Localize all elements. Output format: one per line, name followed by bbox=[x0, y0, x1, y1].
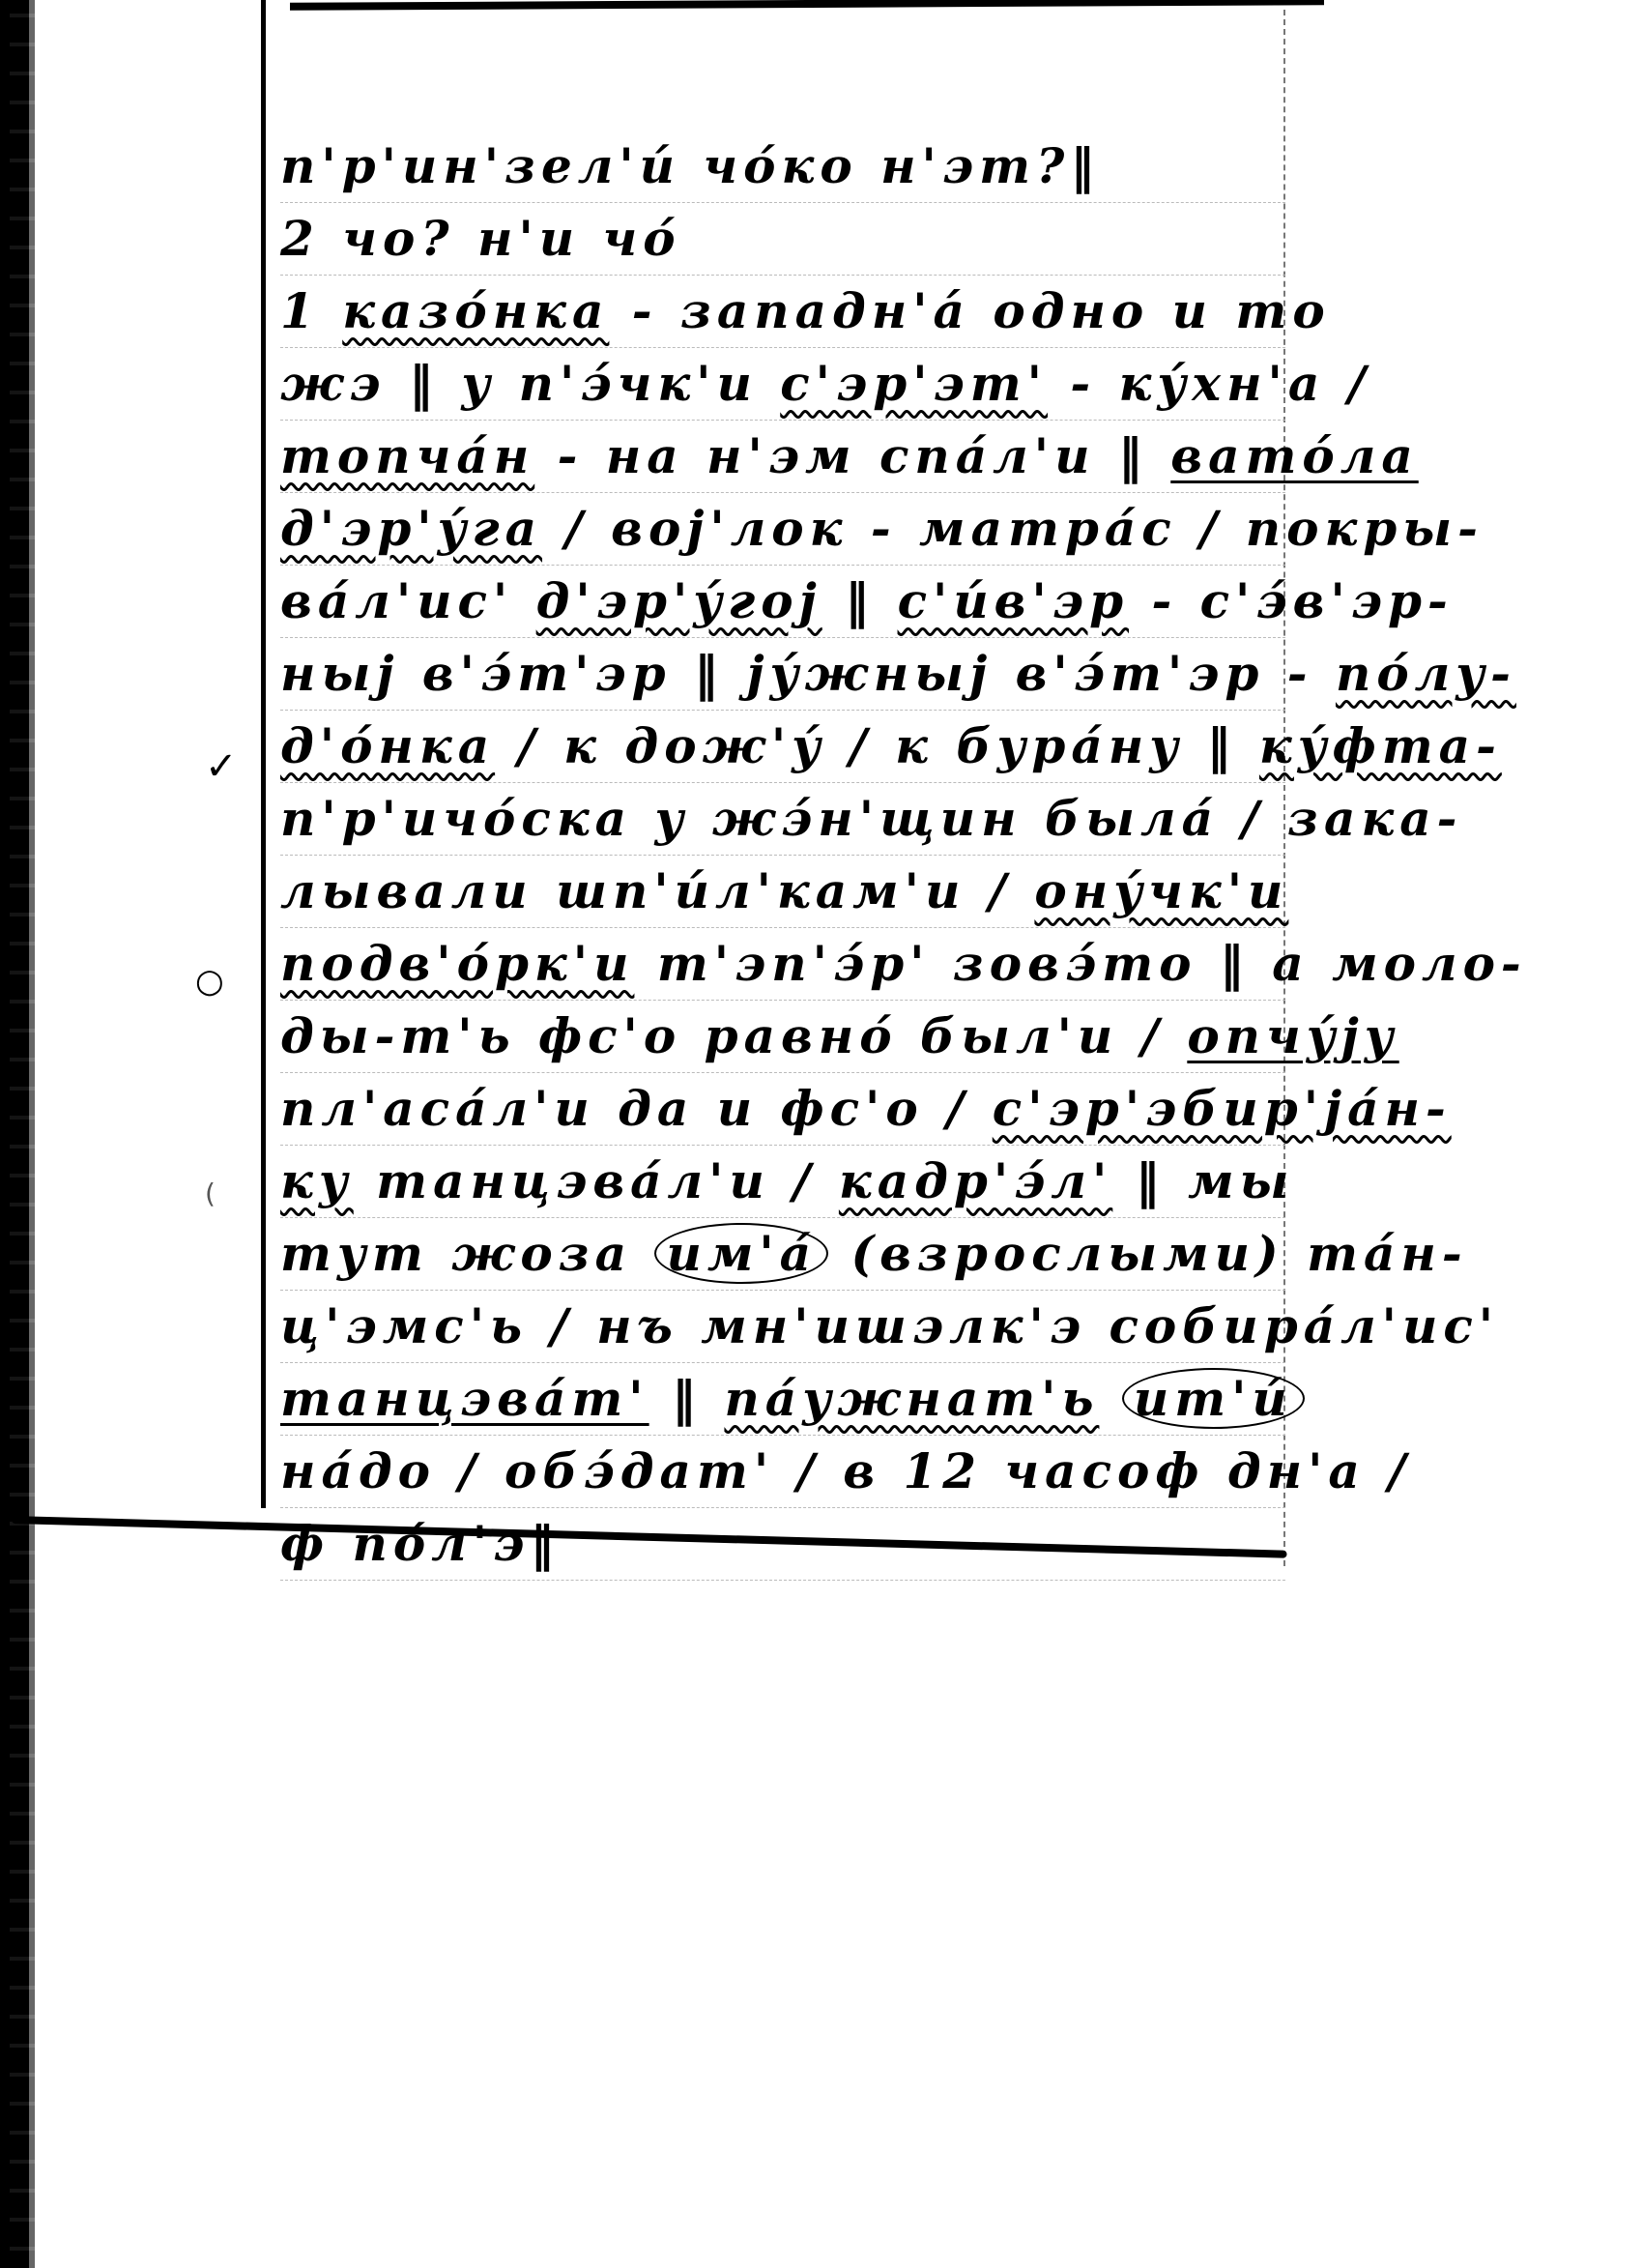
circled-word: им'а́ bbox=[654, 1223, 828, 1284]
manuscript-line: д'о́нка / к дож'у́ / к бура́ну ‖ ку́фта- bbox=[280, 711, 1285, 783]
manuscript-line: топча́н - на н'эм спа́л'и ‖ ватóла bbox=[280, 421, 1285, 493]
page-margin-line bbox=[261, 0, 266, 1508]
circled-word: ит'и́ bbox=[1122, 1368, 1305, 1429]
manuscript-line: 1 казо́нка - западн'á одно и то bbox=[280, 276, 1285, 348]
underlined-word: танцэва́т' bbox=[280, 1370, 649, 1427]
text-segment: 2 чо? н'и чо́ bbox=[280, 210, 681, 267]
text-segment: / вој'лок - матра́с / покры- bbox=[542, 500, 1484, 557]
phrase-separator: ‖ bbox=[530, 1515, 560, 1572]
text-segment: на́до / обэ́дат' / в 12 часоф дн'а / bbox=[280, 1442, 1411, 1499]
text-segment: танцэва́л'и / bbox=[354, 1152, 839, 1209]
text-segment: ва́л'ис' bbox=[280, 572, 536, 629]
phrase-separator: ‖ bbox=[1070, 137, 1100, 194]
underlined-dialect-word: кадр'э́л' bbox=[839, 1152, 1112, 1209]
text-segment: ц'эмс'ь / нъ мн'ишэлк'э собира́л'ис' bbox=[280, 1297, 1499, 1354]
text-segment: - западн'á одно и то bbox=[609, 282, 1330, 339]
underlined-dialect-word: д'эр'у́га bbox=[280, 500, 542, 557]
text-segment bbox=[1099, 1370, 1121, 1427]
manuscript-line: д'эр'у́га / вој'лок - матра́с / покры- bbox=[280, 493, 1285, 566]
text-segment: ‖ bbox=[649, 1370, 725, 1427]
underlined-dialect-word: казо́нка bbox=[342, 282, 609, 339]
text-segment: - ку́хн'а / bbox=[1048, 355, 1371, 412]
manuscript-line: ф по́л'э‖ bbox=[280, 1508, 1285, 1581]
manuscript-line: подв'о́рк'и т'эп'э́р' зовэ́то ‖ а моло- bbox=[280, 928, 1285, 1001]
scan-dark-edge-left bbox=[0, 0, 29, 2268]
manuscript-line: ц'эмс'ь / нъ мн'ишэлк'э собира́л'ис' bbox=[280, 1291, 1285, 1363]
manuscript-line: п'р'ин'зел'и́ чо́ко н'эт?‖ bbox=[280, 131, 1285, 203]
manuscript-line: п'р'ичо́ска у жэ́н'щин была́ / зака- bbox=[280, 783, 1285, 856]
underlined-dialect-word: ку́фта- bbox=[1259, 717, 1502, 774]
text-segment: / к дож'у́ / к бура́ну ‖ bbox=[495, 717, 1259, 774]
text-segment: ‖ bbox=[822, 572, 898, 629]
underlined-dialect-word: с'и́в'эр bbox=[898, 572, 1129, 629]
manuscript-text-body: п'р'ин'зел'и́ чо́ко н'эт?‖2 чо? н'и чо́1… bbox=[280, 131, 1285, 1581]
underlined-dialect-word: ку bbox=[280, 1152, 354, 1209]
text-segment: ныј в'э́т'эр ‖ ју́жныј в'э́т'эр - bbox=[280, 645, 1336, 702]
manuscript-line: лывали шп'и́л'кам'и / ону́чк'и bbox=[280, 856, 1285, 928]
text-segment: 1 bbox=[280, 282, 342, 339]
underlined-dialect-word: по́лу- bbox=[1336, 645, 1516, 702]
underlined-dialect-word: д'эр'у́гој bbox=[536, 572, 822, 629]
checkmark-icon: ✓ bbox=[205, 744, 238, 789]
manuscript-line: ды-т'ь фс'о равно́ был'и / опчу́ју bbox=[280, 1001, 1285, 1073]
text-segment: (взрослыми) та́н- bbox=[828, 1225, 1468, 1282]
manuscript-line: тут жоза им'а́ (взрослыми) та́н- bbox=[280, 1218, 1285, 1291]
text-segment: пл'аса́л'и да и фс'о / bbox=[280, 1080, 993, 1137]
underlined-dialect-word: топча́н bbox=[280, 427, 534, 484]
underlined-word: ватóла bbox=[1170, 427, 1418, 484]
text-segment: т'эп'э́р' зовэ́то ‖ а моло- bbox=[634, 935, 1526, 992]
text-segment: лывали шп'и́л'кам'и / bbox=[280, 862, 1034, 919]
manuscript-line: пл'аса́л'и да и фс'о / с'эр'эбир'ја́н- bbox=[280, 1073, 1285, 1146]
text-segment: - с'э́в'эр- bbox=[1129, 572, 1454, 629]
underlined-dialect-word: подв'о́рк'и bbox=[280, 935, 634, 992]
manuscript-line: ва́л'ис' д'эр'у́гој ‖ с'и́в'эр - с'э́в'э… bbox=[280, 566, 1285, 638]
text-segment: п'р'ичо́ска у жэ́н'щин была́ / зака- bbox=[280, 790, 1462, 847]
text-segment: жэ ‖ у п'э́чк'и bbox=[280, 355, 780, 412]
manuscript-line: на́до / обэ́дат' / в 12 часоф дн'а / bbox=[280, 1436, 1285, 1508]
text-segment: - на н'эм спа́л'и ‖ bbox=[534, 427, 1170, 484]
manuscript-line: 2 чо? н'и чо́ bbox=[280, 203, 1285, 276]
circle-mark-icon: ○ bbox=[195, 962, 224, 1001]
manuscript-line: ныј в'э́т'эр ‖ ју́жныј в'э́т'эр - по́лу- bbox=[280, 638, 1285, 711]
text-segment: ф по́л'э bbox=[280, 1515, 530, 1572]
scan-dark-edge-top bbox=[290, 0, 1324, 11]
underlined-dialect-word: с'эр'эбир'ја́н- bbox=[993, 1080, 1452, 1137]
text-segment: ды-т'ь фс'о равно́ был'и / bbox=[280, 1007, 1187, 1064]
text-segment: тут жоза bbox=[280, 1225, 654, 1282]
underlined-word: опчу́ју bbox=[1187, 1007, 1398, 1064]
text-segment: п'р'ин'зел'и́ чо́ко н'эт? bbox=[280, 137, 1070, 194]
underlined-dialect-word: с'эр'эт' bbox=[780, 355, 1048, 412]
faint-circle-mark-icon: ( bbox=[205, 1178, 216, 1209]
manuscript-line: танцэва́т' ‖ па́ужнат'ь ит'и́ bbox=[280, 1363, 1285, 1436]
manuscript-line: жэ ‖ у п'э́чк'и с'эр'эт' - ку́хн'а / bbox=[280, 348, 1285, 421]
manuscript-line: ку танцэва́л'и / кадр'э́л' ‖ мы bbox=[280, 1146, 1285, 1218]
underlined-dialect-word: д'о́нка bbox=[280, 717, 495, 774]
underlined-dialect-word: па́ужнат'ь bbox=[724, 1370, 1099, 1427]
underlined-dialect-word: ону́чк'и bbox=[1034, 862, 1288, 919]
text-segment: ‖ мы bbox=[1112, 1152, 1294, 1209]
